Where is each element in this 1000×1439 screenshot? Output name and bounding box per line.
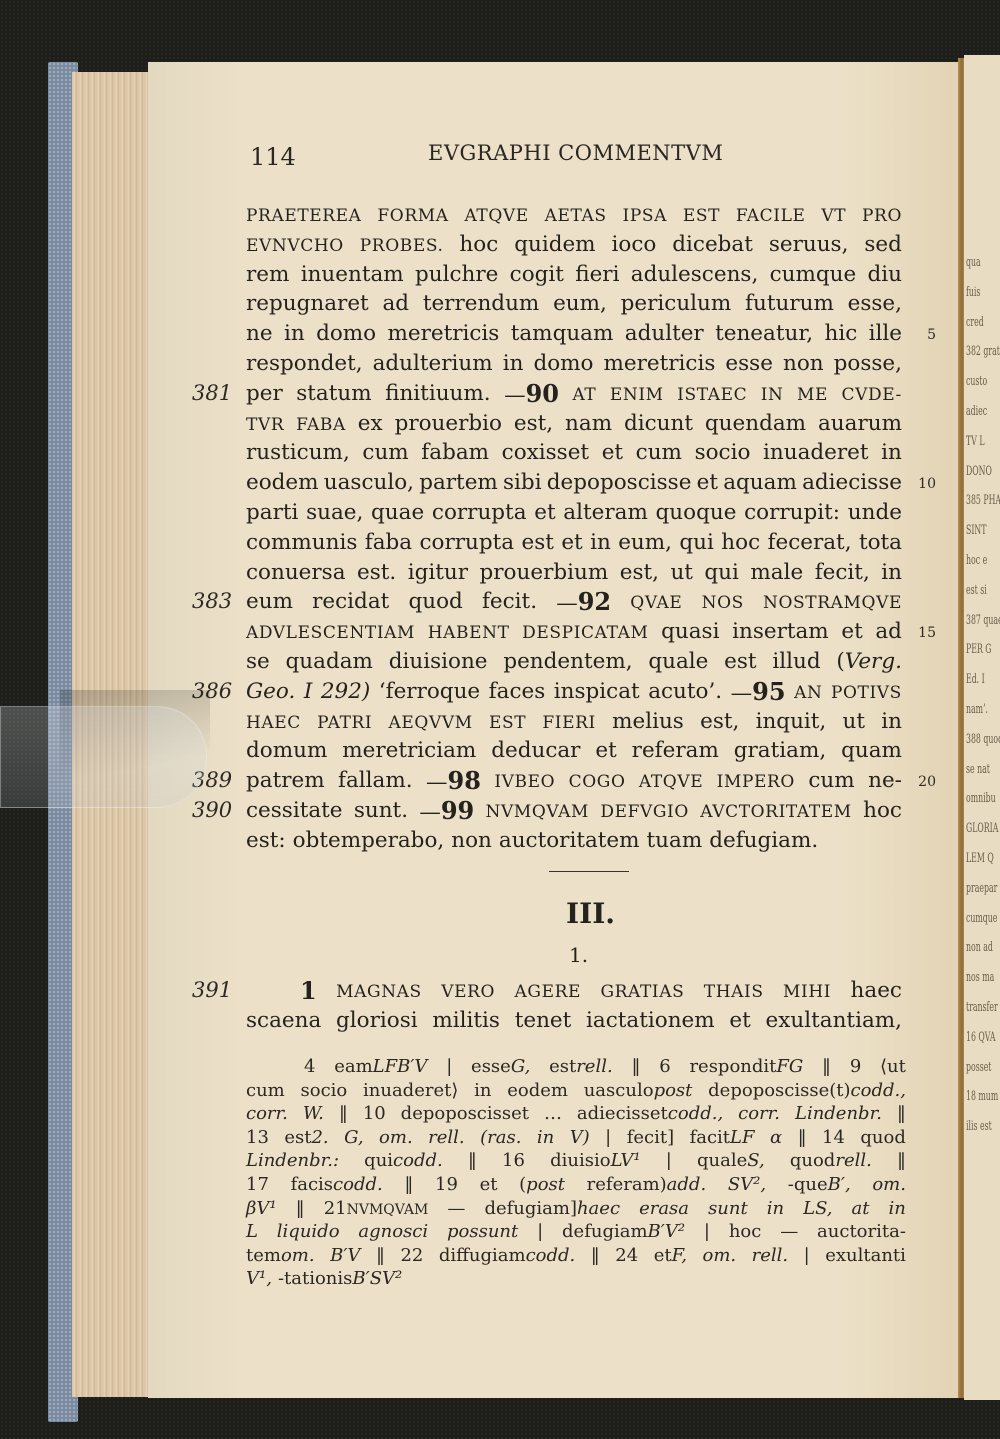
word: | [704, 1221, 710, 1242]
text-line: reminuentampulchrecogitfieriadulescens,c… [246, 260, 902, 290]
word: 24 [615, 1245, 638, 1266]
word: et [534, 500, 555, 525]
word: ad [382, 291, 409, 316]
word: ut [843, 709, 866, 734]
text-line: cessitatesunt.—99NVMQVAMDEFVGIOAVCTORITA… [246, 796, 902, 826]
facing-page-text: 382 grat [966, 344, 1000, 359]
word: quasi [661, 619, 719, 644]
word: AGERE [515, 982, 581, 1002]
text-line: est:obtemperabo,nonauctoritatemtuamdefug… [246, 826, 902, 856]
word: eodem [246, 470, 319, 495]
word: 9 [850, 1056, 861, 1077]
word: 22 [400, 1245, 423, 1266]
word: quod [408, 589, 462, 614]
text-line: Lindenbr.:quicodd.‖16diuisioLV¹|qualeS,q… [246, 1149, 906, 1173]
facing-page-text: transfer [966, 1000, 998, 1015]
word: ‖ [822, 1056, 831, 1077]
word: PROBES. [360, 236, 444, 256]
word: et [595, 738, 616, 763]
word: inuaderet⟩ [363, 1080, 458, 1101]
facing-page-text: hoc e [966, 553, 987, 568]
word: faba [365, 530, 412, 555]
word: in [889, 1198, 906, 1219]
facing-page-text: omnibu [966, 791, 996, 806]
word: VT [821, 206, 846, 226]
word: LS, [803, 1198, 832, 1219]
word: cessitate [246, 798, 343, 823]
word: ‖ [798, 1127, 807, 1148]
word: domo [533, 351, 593, 376]
word: repugnaret [246, 291, 369, 316]
word: ‖ [339, 1103, 348, 1124]
word: corrupta [420, 530, 515, 555]
word: ‖ [376, 1245, 385, 1266]
word: ‖ [897, 1150, 906, 1171]
word: codd. [333, 1174, 383, 1195]
word: socio [301, 1080, 348, 1101]
word: possunt [447, 1221, 518, 1242]
word: FORMA [377, 206, 448, 226]
page-header: 114 EVGRAPHI COMMENTVM [250, 143, 900, 173]
word: cum [362, 440, 408, 465]
word: FG [776, 1056, 803, 1077]
word: insertam [732, 619, 829, 644]
word: pulchre [415, 262, 498, 287]
running-head: EVGRAPHI COMMENTVM [428, 141, 723, 165]
word: codd. [526, 1245, 576, 1266]
facing-page-text: 18 mum [966, 1089, 998, 1104]
word: militis [432, 1008, 500, 1033]
text-line: eodemuasculo,partemsibidepoposcisseetaqu… [246, 468, 902, 498]
word: prouerbio [395, 411, 502, 436]
word: in [767, 1198, 784, 1219]
word: et [602, 440, 623, 465]
word: AN [794, 683, 822, 703]
text-line: communisfabacorruptaestetineum,quihocfec… [246, 528, 902, 558]
word: depoposcisse [547, 470, 692, 495]
text-line: perstatumfinitiuum.—90ATENIMISTAECINMECV… [246, 379, 902, 409]
word: quod [860, 1127, 905, 1148]
text-line: rusticum,cumfabamcoxissetetcumsocioinuad… [246, 438, 902, 468]
word: quale [648, 649, 708, 674]
word: 2. [311, 1127, 328, 1148]
word: rusticum, [246, 440, 350, 465]
main-commentary-text: PRAETEREAFORMAATQVEAETASIPSAESTFACILEVTP… [246, 200, 902, 856]
word: terrendum [423, 291, 540, 316]
word: ADVLESCENTIAM [246, 623, 415, 643]
word: hic [824, 321, 857, 346]
word: EST [683, 206, 720, 226]
word: est, [514, 411, 553, 436]
word: futurum [745, 291, 834, 316]
line-number: 10 [918, 470, 936, 500]
word: coxisset [502, 440, 589, 465]
word: α [770, 1127, 782, 1148]
line-number: 20 [918, 768, 936, 798]
word: ‖ [631, 1056, 640, 1077]
word: defugiam. [709, 828, 818, 853]
facing-page-text: TV L [966, 434, 984, 449]
word: igitur [408, 560, 468, 585]
word: recidat [312, 589, 389, 614]
word: eodem [507, 1080, 568, 1101]
word: NOSTRAMQVE [763, 593, 902, 613]
word: quale [697, 1150, 747, 1171]
word: tuam [647, 828, 703, 853]
word: fecerat, [768, 530, 852, 555]
word: et [841, 619, 862, 644]
word: eum [246, 589, 293, 614]
word: 17 [246, 1174, 269, 1195]
word: rell. [752, 1245, 789, 1266]
facing-page-text: DONO [966, 464, 992, 479]
word: EVNVCHO [246, 236, 344, 256]
word: Geo. [246, 679, 295, 704]
word: ‘ferroque [379, 679, 480, 704]
word: inuaderet [763, 440, 869, 465]
word: patrem [246, 768, 325, 793]
word: S, [747, 1150, 764, 1171]
word: gloriosi [336, 1008, 418, 1033]
word: 292) [321, 679, 370, 704]
word: est. [357, 560, 396, 585]
word: conuersa [246, 560, 346, 585]
facing-page-text: 388 quodcu [966, 732, 1000, 747]
word: est: [246, 828, 286, 853]
word: faces [489, 679, 546, 704]
text-line: neindomomeretricistamquamadulterteneatur… [246, 319, 902, 349]
word: 92 [578, 587, 611, 616]
word: I [304, 679, 313, 704]
word: cum [808, 768, 854, 793]
facing-page-text: 387 quae [966, 613, 1000, 628]
text-line: partisuae,quaecorruptaetalteramquoquecor… [246, 498, 902, 528]
word: adulterium [373, 351, 493, 376]
word: finitiuum. [385, 381, 491, 406]
word: ille [869, 321, 902, 346]
word: meretricis [387, 321, 499, 346]
word: haec [851, 978, 902, 1003]
word: quoque [656, 500, 737, 525]
page-number: 114 [250, 143, 296, 171]
word: B′V [330, 1245, 360, 1266]
word: quod [790, 1150, 835, 1171]
word: ATQVE [464, 206, 528, 226]
word: tota [859, 530, 902, 555]
word: quam [841, 738, 902, 763]
word: POTIVS [831, 683, 902, 703]
word: — [780, 1221, 798, 1242]
word: HABENT [428, 623, 510, 643]
word: non [451, 828, 492, 853]
word: esse [725, 351, 773, 376]
word: 90 [526, 379, 559, 408]
word: obtemperabo, [293, 828, 445, 853]
word: depoposcisse(t) [708, 1080, 850, 1101]
word: seruus, [769, 232, 849, 257]
word: — [419, 800, 441, 825]
text-line: 13est2.G,om.rell.(ras.inV)|fecit]facitLF… [246, 1126, 906, 1150]
word: sunt. [354, 798, 408, 823]
word: eum, [553, 291, 607, 316]
word: MIHI [783, 982, 831, 1002]
word: unde [848, 500, 902, 525]
facing-page-text: LEM Q [966, 851, 994, 866]
word: — [731, 681, 753, 706]
word: ENIM [610, 385, 664, 405]
facing-page-text: PER G [966, 642, 992, 657]
word: qui [704, 560, 739, 585]
word: ‖ [404, 1174, 413, 1195]
facing-page-text: fuis [966, 285, 980, 300]
word: est, [620, 560, 659, 585]
facing-page-text: est si [966, 583, 987, 598]
word: nam [565, 411, 612, 436]
word: statum [296, 381, 371, 406]
word: PATRI [317, 713, 372, 733]
text-line: TVRFABAexprouerbioest,namdicuntquendamau… [246, 409, 902, 439]
word: eam [334, 1056, 372, 1077]
word: hoc [721, 530, 760, 555]
word: pendentem, [503, 649, 632, 674]
word: ex [358, 411, 383, 436]
word: quadam [286, 649, 373, 674]
word: LFB′V [373, 1056, 428, 1077]
word: referam) [587, 1174, 667, 1195]
word: meretricis [604, 351, 716, 376]
word: F, [672, 1245, 687, 1266]
text-line: domummeretriciamdeducaretreferamgratiam,… [246, 736, 902, 766]
word: adulescens, [631, 262, 759, 287]
word: et [654, 1245, 672, 1266]
word: sed [864, 232, 902, 257]
page-holder-clip [0, 706, 207, 808]
word: fecit. [482, 589, 537, 614]
verse-line-number: 390 [192, 796, 232, 826]
word: NOS [702, 593, 744, 613]
word: quidem [514, 232, 595, 257]
word: 98 [448, 766, 481, 795]
facing-page-text: non ad [966, 940, 993, 955]
word: AETAS [545, 206, 607, 226]
word: L [246, 1221, 258, 1242]
word: per [246, 381, 283, 406]
word: eum, [618, 530, 672, 555]
facing-page-text: ilis est [966, 1119, 992, 1134]
section-heading: III. [566, 897, 615, 930]
word: est, [700, 709, 739, 734]
word: adulter [625, 321, 704, 346]
word: illud [772, 649, 820, 674]
word: 6 [659, 1056, 670, 1077]
word: post [654, 1080, 693, 1101]
word: G, [511, 1056, 530, 1077]
word: at [852, 1198, 870, 1219]
word: sibi [503, 470, 542, 495]
word: teneatur, [715, 321, 813, 346]
word: -que [788, 1174, 828, 1195]
verse-line-number: 383 [192, 587, 232, 617]
word: male [750, 560, 803, 585]
section-text: 1MAGNASVEROAGEREGRATIASTHAISMIHIhaec391s… [246, 976, 902, 1036]
word: suae, [306, 500, 363, 525]
word: quendam [705, 411, 806, 436]
word: PRAETEREA [246, 206, 362, 226]
word: esse, [848, 291, 902, 316]
word: defugiam [562, 1221, 648, 1242]
word: — [447, 1198, 465, 1219]
word: ‖ [296, 1198, 305, 1219]
word: est [549, 1056, 576, 1077]
word: haec [577, 1198, 620, 1219]
word: DEFVGIO [600, 802, 689, 822]
word: cumque [770, 262, 857, 287]
word: uasculo [584, 1080, 654, 1101]
word: ‖ [897, 1103, 906, 1124]
facing-page-text: cumque [966, 911, 997, 926]
word: cum [636, 440, 682, 465]
word: erasa [639, 1198, 689, 1219]
word: qui [679, 530, 714, 555]
word: 13 [246, 1127, 269, 1148]
word: communis [246, 530, 357, 555]
word: GRATIAS [600, 982, 684, 1002]
facing-page-text: cred [966, 315, 984, 330]
word: dicunt [624, 411, 693, 436]
word: in [284, 321, 305, 346]
word: 1 [300, 976, 317, 1005]
text-line: 17faciscodd.‖19et(postreferam)add.SV²,-q… [246, 1173, 906, 1197]
text-line: 4eamLFB′V|esseG,estrell.‖6responditFG‖9⟨… [246, 1055, 906, 1079]
word: om. [379, 1127, 413, 1148]
word: esse [471, 1056, 511, 1077]
facing-page-fragment: quafuiscred382 gratcustoadiecTV LDONO385… [964, 55, 1000, 1400]
word: DESPICATAM [522, 623, 648, 643]
word: codd. [393, 1150, 443, 1171]
text-line: eumrecidatquodfecit.—92QVAENOSNOSTRAMQVE… [246, 587, 902, 617]
word: ioco [612, 232, 657, 257]
text-line: ADVLESCENTIAMHABENTDESPICATAMquasiinsert… [246, 617, 902, 647]
word: domo [316, 321, 376, 346]
word: in [881, 709, 902, 734]
word: in [881, 440, 902, 465]
word: — [426, 770, 448, 795]
word: socio [695, 440, 751, 465]
word: diuisio [550, 1150, 610, 1171]
word: est [724, 649, 756, 674]
word: agnosci [358, 1221, 428, 1242]
word: melius [612, 709, 684, 734]
word: posse, [834, 351, 902, 376]
facing-page-text: se nat [966, 762, 990, 777]
word: AEQVVM [389, 713, 473, 733]
word: hoc [863, 798, 902, 823]
word: codd., [851, 1080, 906, 1101]
word: 16 [502, 1150, 525, 1171]
verse-line-number: 386 [192, 677, 232, 707]
word: meretriciam [342, 738, 476, 763]
word: inspicat [554, 679, 640, 704]
word: et [697, 470, 718, 495]
word: ‖ [468, 1150, 477, 1171]
word: 19 [435, 1174, 458, 1195]
facing-page-text: nam’. [966, 702, 988, 717]
word: NVMQVAM [347, 1202, 429, 1218]
word: CVDE- [842, 385, 902, 405]
word: dicebat [672, 232, 753, 257]
word: 10 [363, 1103, 386, 1124]
word: MAGNAS [336, 982, 422, 1002]
facing-page-text: nos ma [966, 970, 994, 985]
word: in [503, 351, 524, 376]
word: uasculo, [324, 470, 414, 495]
word: corr. [246, 1103, 288, 1124]
word: | [537, 1221, 543, 1242]
word: hoc [729, 1221, 762, 1242]
word: | [605, 1127, 611, 1148]
word: PRO [862, 206, 902, 226]
word: aquam [723, 470, 797, 495]
word: tenet [515, 1008, 572, 1033]
word: V¹, [246, 1268, 272, 1289]
word: tem [246, 1245, 281, 1266]
word: iactationem [586, 1008, 715, 1033]
word: 14 [822, 1127, 845, 1148]
word: Lindenbr. [795, 1103, 882, 1124]
text-line: respondet,adulteriumindomomeretricisesse… [246, 349, 902, 379]
word: auctorita- [817, 1221, 906, 1242]
word: respondet, [246, 351, 363, 376]
word: qui [364, 1150, 393, 1171]
word: adiecisse [802, 470, 902, 495]
facing-page-text: SINT [966, 523, 986, 538]
critical-apparatus: 4eamLFB′V|esseG,estrell.‖6responditFG‖9⟨… [246, 1055, 906, 1291]
word: B′V² [648, 1221, 686, 1242]
word: fallam. [338, 768, 413, 793]
word: om. [703, 1245, 737, 1266]
word: 99 [441, 796, 474, 825]
word: Verg. [845, 649, 902, 674]
section-divider-rule [549, 871, 629, 872]
word: om. [872, 1174, 906, 1195]
word: hoc [459, 232, 498, 257]
word: diu [868, 262, 903, 287]
facing-page-text: GLORIA [966, 821, 998, 836]
word: deducar [491, 738, 580, 763]
word: cogit [510, 262, 564, 287]
text-line: corr.W.‖10depoposcisset…adiecissetcodd.,… [246, 1102, 906, 1126]
word: se [246, 649, 270, 674]
word: B′, [828, 1174, 851, 1195]
facing-page-text: adiec [966, 404, 987, 419]
word: alteram [563, 500, 648, 525]
word: diffugiam [439, 1245, 526, 1266]
word: ut [670, 560, 693, 585]
word: fecit] [627, 1127, 674, 1148]
word: domum [246, 738, 327, 763]
facing-page-text: 385 PHAT [966, 493, 1000, 508]
word: IPSA [623, 206, 667, 226]
word: W. [303, 1103, 324, 1124]
word: AT [572, 385, 596, 405]
text-line: PRAETEREAFORMAATQVEAETASIPSAESTFACILEVTP… [246, 200, 902, 230]
word: exultantiam, [766, 1008, 902, 1033]
word: ne- [868, 768, 902, 793]
word: … [544, 1103, 562, 1124]
word: B′SV² [352, 1268, 402, 1289]
text-line: Geo.I292)‘ferroquefacesinspicatacuto’.—9… [246, 677, 902, 707]
subsection-heading: 1. [569, 943, 588, 967]
